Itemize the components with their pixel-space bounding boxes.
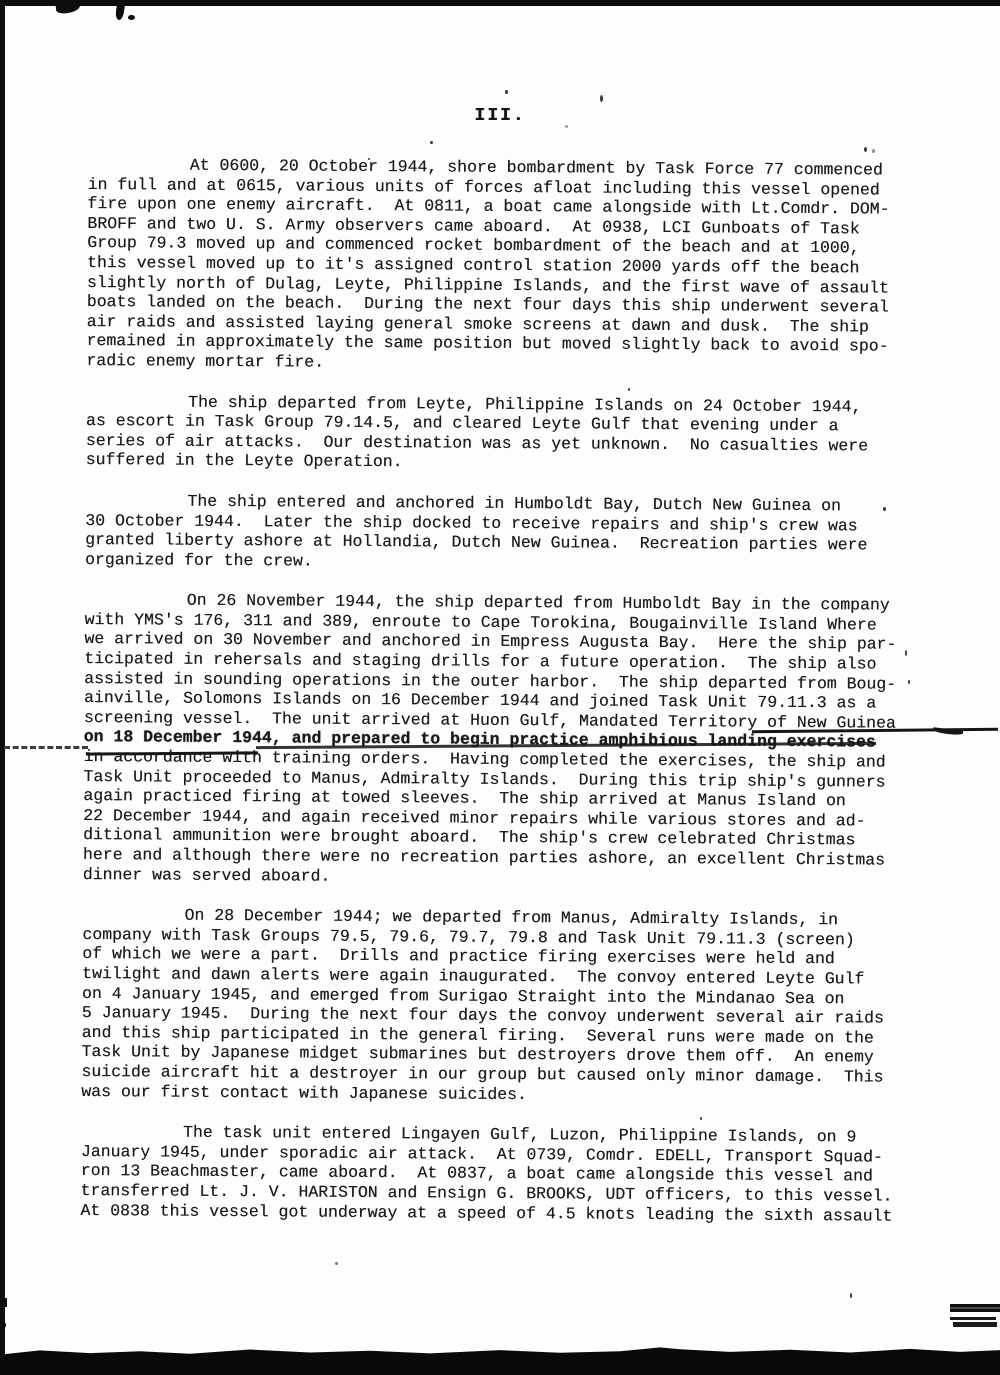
scan-speck <box>628 388 630 391</box>
scan-speck <box>883 507 886 511</box>
dashed-lead-line <box>4 746 88 749</box>
scan-speck <box>905 650 907 656</box>
scan-bar-bottom-right-3 <box>953 1322 997 1327</box>
scan-speck <box>335 1262 338 1265</box>
paragraph: On 26 November 1944, the ship departed f… <box>83 590 945 890</box>
scan-speck <box>505 90 508 94</box>
scan-blot-top-1 <box>56 2 81 14</box>
scan-speck <box>908 680 910 684</box>
page-number-heading: III. <box>0 106 1000 126</box>
scan-speck <box>368 158 370 160</box>
scan-edge-top <box>0 0 1000 6</box>
paragraph: On 28 December 1944; we departed from Ma… <box>81 905 942 1107</box>
scan-blot-top-3 <box>128 15 135 20</box>
scan-blot-bottom-left-2 <box>2 1322 6 1328</box>
scan-edge-bottom <box>0 1345 1000 1375</box>
scan-speck <box>864 147 867 152</box>
paragraph: The ship entered and anchored in Humbold… <box>85 491 946 575</box>
scanned-document-page: III. At 0600, 20 October 1944, shore bom… <box>0 0 1000 1375</box>
paragraph: The task unit entered Lingayen Gulf, Luz… <box>80 1122 941 1226</box>
scan-speck <box>700 1117 702 1120</box>
paragraph: The ship departed from Leyte, Philippine… <box>86 392 947 476</box>
scan-edge-left <box>0 0 5 1375</box>
scan-speck <box>872 149 875 153</box>
document-body: At 0600, 20 October 1944, shore bombardm… <box>80 155 948 1247</box>
scan-bar-bottom-right-2 <box>950 1317 996 1320</box>
scan-blot-top-2 <box>115 3 125 21</box>
scan-bar-bottom-right-1 <box>950 1304 1000 1312</box>
scan-blot-bottom-left <box>0 1298 7 1307</box>
scan-speck <box>565 125 568 128</box>
scan-speck <box>430 141 433 144</box>
scan-speck <box>600 95 603 102</box>
scan-speck <box>850 1293 852 1298</box>
paragraph: At 0600, 20 October 1944, shore bombardm… <box>86 155 947 377</box>
